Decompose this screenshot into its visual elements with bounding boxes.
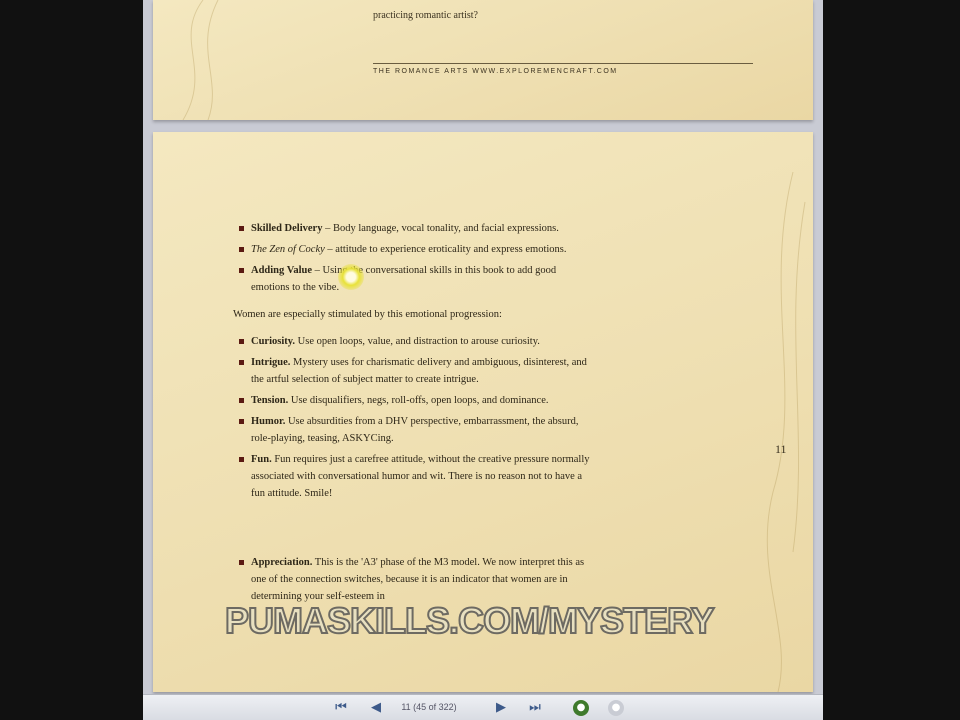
list-item: Curiosity. Use open loops, value, and di… xyxy=(251,333,593,350)
footer-rule xyxy=(373,63,753,64)
mouse-cursor-highlight xyxy=(338,264,364,290)
paragraph: Women are especially stimulated by this … xyxy=(233,306,593,323)
list-item: Humor. Use absurdities from a DHV perspe… xyxy=(251,413,593,447)
list-item: Fun. Fun requires just a carefree attitu… xyxy=(251,451,593,502)
list-item: Adding Value – Using the conversational … xyxy=(251,262,593,296)
page-footer: THE ROMANCE ARTS WWW.EXPLOREMENCRAFT.COM xyxy=(373,68,618,75)
previous-page-icon[interactable]: ◀ xyxy=(368,699,384,717)
bullet-list-main: Curiosity. Use open loops, value, and di… xyxy=(233,333,593,502)
list-item: Skilled Delivery – Body language, vocal … xyxy=(251,220,593,237)
page-number: 11 xyxy=(775,442,787,457)
list-item: Tension. Use disqualifiers, negs, roll-o… xyxy=(251,392,593,409)
next-page-icon[interactable]: ▶ xyxy=(493,699,509,717)
go-forward-icon[interactable]: ● xyxy=(608,700,624,716)
list-item: The Zen of Cocky – attitude to experienc… xyxy=(251,241,593,258)
navigation-toolbar: ⏮ ◀ 11 (45 of 322) ▶ ⏭ ● ● xyxy=(143,694,823,720)
watermark-text: PUMASKILLS.COM/MYSTERY xyxy=(225,600,714,642)
previous-page-text: practicing romantic artist? xyxy=(373,10,478,21)
bullet-list-bottom: Appreciation. This is the 'A3' phase of … xyxy=(233,554,593,605)
list-item: Intrigue. Mystery uses for charismatic d… xyxy=(251,354,593,388)
bullet-list-top: Skilled Delivery – Body language, vocal … xyxy=(233,220,593,296)
vine-decoration-icon xyxy=(163,0,233,120)
list-item: Appreciation. This is the 'A3' phase of … xyxy=(251,554,593,605)
go-back-icon[interactable]: ● xyxy=(573,700,589,716)
page-number-field[interactable]: 11 (45 of 322) xyxy=(395,699,463,715)
last-page-icon[interactable]: ⏭ xyxy=(525,699,545,717)
page-content: Skilled Delivery – Body language, vocal … xyxy=(233,220,593,615)
first-page-icon[interactable]: ⏮ xyxy=(331,699,351,717)
vine-decoration-icon xyxy=(743,172,813,692)
previous-page: practicing romantic artist? THE ROMANCE … xyxy=(153,0,813,120)
